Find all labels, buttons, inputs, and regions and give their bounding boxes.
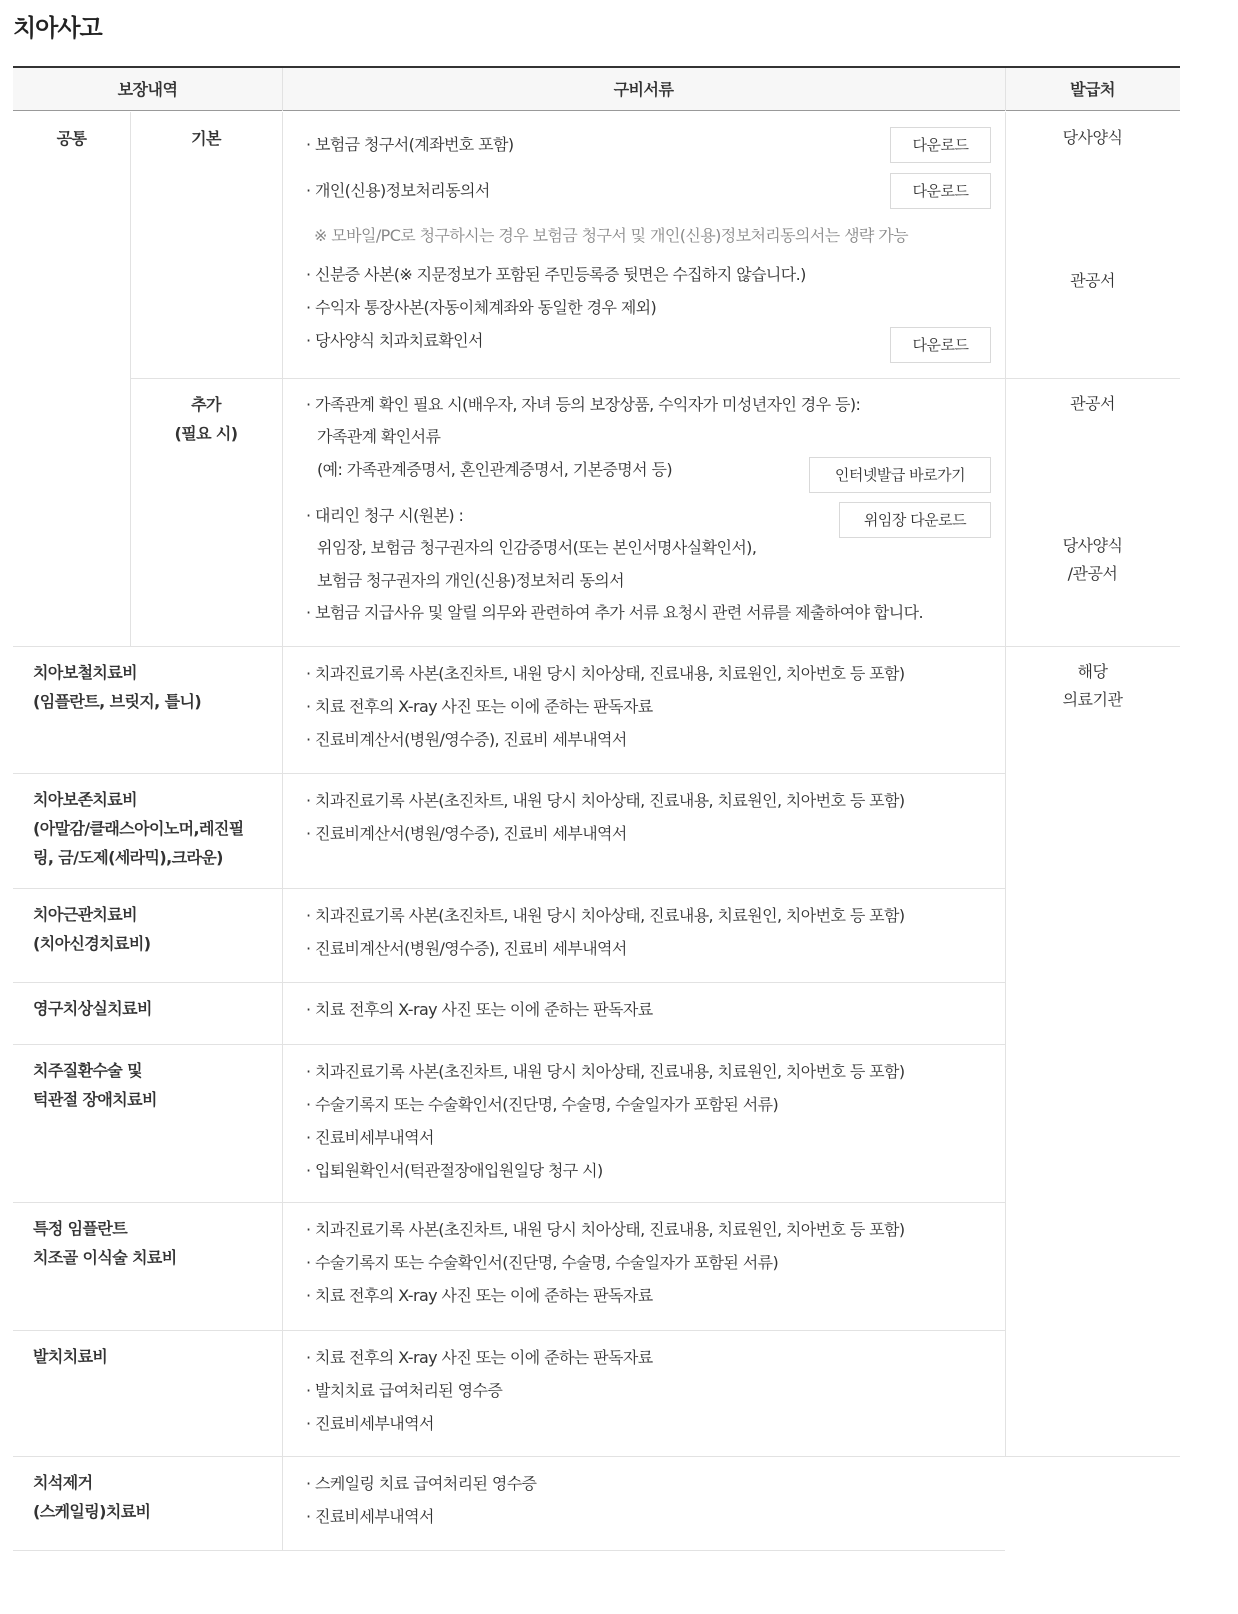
basic-documents-cell: · 보험금 청구서(계좌번호 포함) · 개인(신용)정보처리동의서 ※ 모바일… <box>282 112 1005 378</box>
doc-line: · 당사양식 치과치료확인서 <box>306 330 483 352</box>
divider <box>13 773 1005 774</box>
category-label: 치아보철치료비 <box>33 658 201 687</box>
doc-line: · 진료비세부내역서 <box>306 1506 434 1528</box>
divider <box>130 112 131 646</box>
divider <box>13 888 1005 889</box>
doc-line: · 스케일링 치료 급여처리된 영수증 <box>306 1473 536 1495</box>
doc-line: · 수익자 통장사본(자동이체계좌와 동일한 경우 제외) <box>306 297 656 319</box>
category-prosthetic: 치아보철치료비 (임플란트, 브릿지, 틀니) <box>33 658 201 716</box>
category-common: 공통 <box>13 124 130 153</box>
doc-line: · 치료 전후의 X-ray 사진 또는 이에 준하는 판독자료 <box>306 696 653 718</box>
category-conservative: 치아보존치료비 (아말감/클래스아이노머,레진필 링, 금/도제(세라믹),크라… <box>33 785 244 872</box>
category-sublabel: 링, 금/도제(세라믹),크라운) <box>33 843 244 872</box>
doc-line: · 치과진료기록 사본(초진차트, 내원 당시 치아상태, 진료내용, 치료원인… <box>306 663 905 685</box>
category-label: 영구치상실치료비 <box>33 994 152 1023</box>
category-sublabel: (치아신경치료비) <box>33 929 150 958</box>
category-sublabel: 치조골 이식술 치료비 <box>33 1243 177 1272</box>
category-sublabel: (아말감/클래스아이노머,레진필 <box>33 814 244 843</box>
issuer-text: 관공서 <box>1005 267 1180 295</box>
doc-line: · 진료비계산서(병원/영수증), 진료비 세부내역서 <box>306 823 627 845</box>
issuer-text: 의료기관 <box>1005 686 1180 714</box>
required-documents-table: 보장내역 구비서류 발급처 공통 기본 · 보험금 청구서(계좌번호 포함) ·… <box>13 66 1180 1551</box>
download-power-of-attorney-button[interactable]: 위임장 다운로드 <box>839 502 991 538</box>
doc-line: · 치료 전후의 X-ray 사진 또는 이에 준하는 판독자료 <box>306 999 653 1021</box>
issuer-text: 당사양식 <box>1005 532 1180 560</box>
doc-line: 가족관계 확인서류 <box>317 426 440 448</box>
doc-line: · 치료 전후의 X-ray 사진 또는 이에 준하는 판독자료 <box>306 1347 653 1369</box>
doc-line: · 진료비계산서(병원/영수증), 진료비 세부내역서 <box>306 729 627 751</box>
additional-documents-cell: · 가족관계 확인 필요 시(배우자, 자녀 등의 보장상품, 수익자가 미성년… <box>282 378 1005 646</box>
divider <box>13 1550 1005 1551</box>
divider <box>13 1330 1005 1331</box>
page-title: 치아사고 <box>13 8 102 43</box>
issuer-text: /관공서 <box>1005 560 1180 588</box>
additional-issuer-cell: 관공서 당사양식 /관공서 <box>1005 378 1180 646</box>
divider <box>13 982 1005 983</box>
doc-line: · 수술기록지 또는 수술확인서(진단명, 수술명, 수술일자가 포함된 서류) <box>306 1094 778 1116</box>
category-extraction: 발치치료비 <box>33 1342 107 1371</box>
doc-line: 위임장, 보험금 청구권자의 인감증명서(또는 본인서명사실확인서), <box>317 537 756 559</box>
issuer-text: 당사양식 <box>1005 124 1180 152</box>
category-additional: 추가 (필요 시) <box>130 390 282 448</box>
category-label: 치주질환수술 및 <box>33 1056 157 1085</box>
doc-line: 보험금 청구권자의 개인(신용)정보처리 동의서 <box>317 570 624 592</box>
issuer-text: 관공서 <box>1005 390 1180 418</box>
doc-line: (예: 가족관계증명서, 혼인관계증명서, 기본증명서 등) <box>317 459 672 481</box>
divider <box>282 68 283 111</box>
category-label: 치석제거 <box>33 1468 150 1497</box>
doc-line: · 수술기록지 또는 수술확인서(진단명, 수술명, 수술일자가 포함된 서류) <box>306 1252 778 1274</box>
doc-line: · 치료 전후의 X-ray 사진 또는 이에 준하는 판독자료 <box>306 1285 653 1307</box>
doc-line: · 개인(신용)정보처리동의서 <box>306 180 490 202</box>
doc-line: · 입퇴원확인서(턱관절장애입원일당 청구 시) <box>306 1160 603 1182</box>
category-periodontal-tmj: 치주질환수술 및 턱관절 장애치료비 <box>33 1056 157 1114</box>
table-header: 보장내역 구비서류 발급처 <box>13 68 1180 111</box>
category-permanent-tooth-loss: 영구치상실치료비 <box>33 994 152 1023</box>
category-sublabel: (임플란트, 브릿지, 틀니) <box>33 687 201 716</box>
issuer-text: 해당 <box>1005 658 1180 686</box>
category-additional-label: 추가 <box>130 390 282 419</box>
divider <box>13 1202 1005 1203</box>
doc-line: · 가족관계 확인 필요 시(배우자, 자녀 등의 보장상품, 수익자가 미성년… <box>306 394 860 416</box>
basic-issuer-cell: 당사양식 관공서 <box>1005 112 1180 378</box>
divider <box>13 1456 1180 1457</box>
doc-line: · 치과진료기록 사본(초진차트, 내원 당시 치아상태, 진료내용, 치료원인… <box>306 1061 905 1083</box>
download-dental-confirmation-button[interactable]: 다운로드 <box>890 327 991 363</box>
divider <box>13 1044 1005 1045</box>
header-issuer: 발급처 <box>1005 68 1180 111</box>
header-documents: 구비서류 <box>282 68 1005 111</box>
doc-note: ※ 모바일/PC로 청구하시는 경우 보험금 청구서 및 개인(신용)정보처리동… <box>314 225 908 247</box>
divider <box>1005 68 1006 111</box>
category-sublabel: 턱관절 장애치료비 <box>33 1085 157 1114</box>
category-scaling: 치석제거 (스케일링)치료비 <box>33 1468 150 1526</box>
category-label: 치아보존치료비 <box>33 785 244 814</box>
download-privacy-consent-button[interactable]: 다운로드 <box>890 173 991 209</box>
doc-line: · 신분증 사본(※ 지문정보가 포함된 주민등록증 뒷면은 수집하지 않습니다… <box>306 264 806 286</box>
category-root-canal: 치아근관치료비 (치아신경치료비) <box>33 900 150 958</box>
doc-line: · 진료비세부내역서 <box>306 1127 434 1149</box>
doc-line: · 대리인 청구 시(원본) : <box>306 505 463 527</box>
category-sublabel: (스케일링)치료비 <box>33 1497 150 1526</box>
doc-line: · 보험금 지급사유 및 알릴 의무와 관련하여 추가 서류 요청시 관련 서류… <box>306 602 923 624</box>
doc-line: · 치과진료기록 사본(초진차트, 내원 당시 치아상태, 진료내용, 치료원인… <box>306 1219 905 1241</box>
category-label: 치아근관치료비 <box>33 900 150 929</box>
doc-line: · 진료비세부내역서 <box>306 1413 434 1435</box>
doc-line: · 보험금 청구서(계좌번호 포함) <box>306 134 514 156</box>
category-additional-sublabel: (필요 시) <box>130 419 282 448</box>
internet-issuance-link-button[interactable]: 인터넷발급 바로가기 <box>809 457 991 493</box>
category-basic: 기본 <box>130 124 282 153</box>
category-implant-bone-graft: 특정 임플란트 치조골 이식술 치료비 <box>33 1214 177 1272</box>
category-label: 특정 임플란트 <box>33 1214 177 1243</box>
doc-line: · 진료비계산서(병원/영수증), 진료비 세부내역서 <box>306 938 627 960</box>
doc-line: · 발치치료 급여처리된 영수증 <box>306 1380 502 1402</box>
category-label: 발치치료비 <box>33 1342 107 1371</box>
doc-line: · 치과진료기록 사본(초진차트, 내원 당시 치아상태, 진료내용, 치료원인… <box>306 790 905 812</box>
header-coverage: 보장내역 <box>13 68 282 111</box>
doc-line: · 치과진료기록 사본(초진차트, 내원 당시 치아상태, 진료내용, 치료원인… <box>306 905 905 927</box>
medical-issuer-cell: 해당 의료기관 <box>1005 646 1180 1456</box>
download-claim-form-button[interactable]: 다운로드 <box>890 127 991 163</box>
